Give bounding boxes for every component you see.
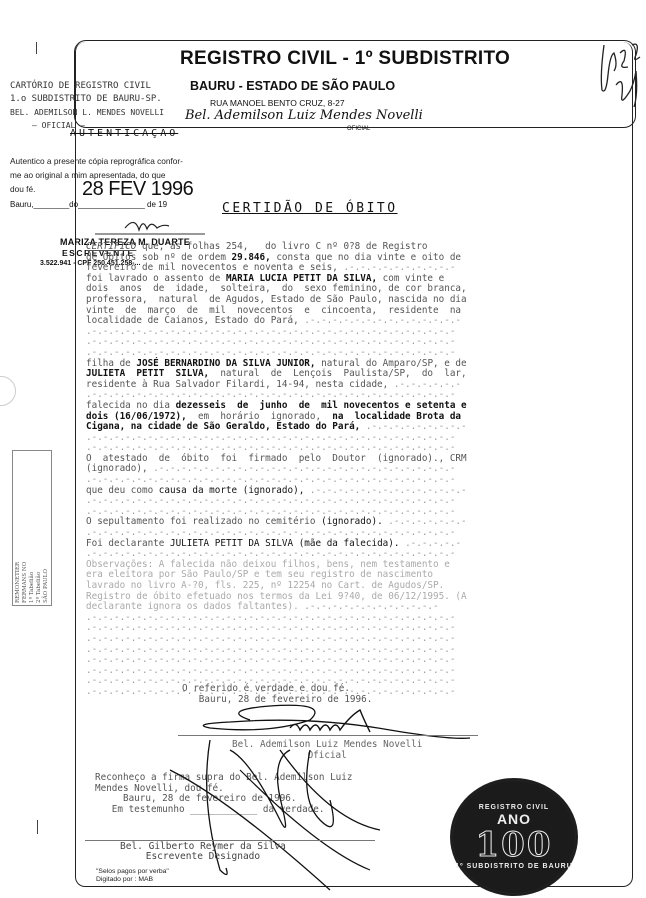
cartorio-line: BEL. ADEMILSON L. MENDES NOVELLI: [10, 106, 164, 119]
stamp-line: 2ª Tabelião: [36, 453, 43, 603]
place-date-line: Bauru,________do_______________ de 19: [10, 200, 167, 209]
text-segment: .-.-.-.-.-.-.-.-.-.-.-.-: [304, 601, 438, 612]
seal-bottom-text: 1º SUBDISTRITO DE BAURU: [455, 863, 573, 870]
text-segment: natural de Lençois Paulista/SP, do lar,: [209, 368, 466, 379]
stamp-line: REMONETIER: [15, 453, 22, 603]
text-segment: na localidade Brota da: [332, 411, 461, 422]
text-segment: JULIETA PETIT SILVA,: [86, 368, 209, 379]
text-segment: filha de: [86, 358, 136, 369]
text-segment: era eleitora por São Paulo/SP e tem seu …: [86, 569, 433, 580]
text-segment: .-.-.-.-.-.-.-.-.-.-.-.-.-.-.-.-.-.-.-.-…: [86, 644, 455, 655]
text-segment: .-.-.-.-.-.-.-.-.-.-: [343, 262, 455, 273]
notary-signature-scrawl: [170, 740, 390, 890]
text-segment: 29.846,: [232, 252, 271, 263]
text-segment: .-.-.-.-.-.-.-.-.-.-.-.-.-.-.-.-.-.-.-.-…: [86, 326, 455, 337]
text-segment: .-.-.-.-.-.-.-.-.-.-.-.-.-.-.-.-.-.-.-.-…: [86, 336, 455, 347]
text-segment: .-.-.-.-.-.-.-.-.-.-.-.-.-.-.-.-.-.-.-.-…: [86, 389, 455, 400]
text-segment: MARIA LUCIA PETIT DA SILVA,: [226, 273, 377, 284]
date-stamp: 28 FEV 1996: [82, 178, 193, 201]
text-segment: .-.-.-.-.-.-.-.-.-.-.-.-.-.-.-.-.-.-.-.-…: [86, 527, 455, 538]
text-segment: .-.-.-.-.-.-.-.-.-.-.-.-.-.-.-.-.-.-.-.-…: [86, 633, 455, 644]
text-segment: .-.-.-.-.-.-.-.-.-.-.-.-.-.-.-.-.-.-.-.-…: [86, 442, 455, 453]
text-segment: com vinte e: [377, 273, 444, 284]
text-segment: .-.-.-.-.-.-.-.-.-.-.-.-.-.-.-.-.-.-.-.-…: [86, 506, 455, 517]
registry-title: REGISTRO CIVIL - 1º SUBDISTRITO: [180, 48, 510, 70]
cartorio-line: CARTÓRIO DE REGISTRO CIVIL: [10, 80, 164, 93]
registry-location: BAURU - ESTADO DE SÃO PAULO: [190, 79, 395, 93]
text-segment: .-.-.-.-.-.-.-.-.-.-.-.-.-.-.-.-.-.-.-.-…: [153, 463, 455, 474]
margin-mark: [36, 42, 37, 54]
registry-address: RUA MANOEL BENTO CRUZ, 8-27: [210, 98, 345, 108]
text-segment: .-.-.-.-.-.-.-.-.-.-.-.-.-.-.-.-.-.-.-.-…: [86, 654, 455, 665]
text-segment: lavrado no livro A-?0, fls. 225, nº 1225…: [86, 580, 444, 591]
text-segment: vinte de março de mil novecentos e cinco…: [86, 305, 461, 316]
text-segment: JULIETA PETIT DA SILVA (mãe da falecida)…: [170, 538, 400, 549]
text-segment: fevereiro de mil novecentos e noventa e …: [86, 262, 343, 273]
footnote: "Selos pagos por verba" Digitado por : M…: [96, 868, 169, 884]
seal-top-text: REGISTRO CIVIL: [479, 804, 549, 811]
text-segment: O atestado de óbito foi firmado pelo Dou…: [86, 453, 467, 464]
text-segment: causa da morte (ignorado),: [159, 485, 305, 496]
text-segment: .-.-.-.-.-.-.-.-.-.-.-.-.-.-: [304, 485, 466, 496]
text-segment: declarante ignora os dados faltantes).: [86, 601, 304, 612]
text-segment: natural do Amparo/SP, e de: [316, 358, 467, 369]
text-segment: Foi declarante: [86, 538, 170, 549]
notary-signature-block: Bel. Gilberto Reymer da Silva Escrevente…: [120, 842, 286, 862]
text-segment: .-.-.-.-.-.-.-.-.-.-.-.-.-.-.-.-.-.-.-.-…: [86, 612, 455, 623]
text-segment: .-.-.-.-.-.-.-.-.-.-.-.-.-.-.-.-.-.-.-.-…: [86, 432, 455, 443]
cartorio-stamp: CARTÓRIO DE REGISTRO CIVIL 1.o SUBDISTRI…: [10, 80, 164, 132]
text-segment: localidade de Caianos, Estado do Pará,: [86, 315, 304, 326]
text-segment: .-.-.-.-.-.-.-.-.-.-.-.-.-.-.-.-.-.-.-.-…: [86, 347, 455, 358]
text-segment: dois anos de idade, solteira, do sexo fe…: [86, 283, 467, 294]
stamp-line: FERMANS NO: [22, 453, 29, 603]
text-segment: de Óbitos sob nº de ordem: [86, 252, 232, 263]
text-segment: .-.-.-.-.-.-.-.-.-.-.-.-.-.-: [304, 315, 461, 326]
text-segment: .-.-.-.-.-: [399, 538, 461, 549]
stamp-line: 1ª Tabelião: [29, 453, 36, 603]
text-segment: .-.-.-.-.-.-.-.-.-.-.-.-.-.-.-.-.-.-.-.-…: [86, 495, 455, 506]
text-segment: dois (16/06/1972),: [86, 411, 187, 422]
text-segment: .-.-.-.-.-.-.-.-.-.-.-.-.-.-.-.-.-.-.-.-…: [86, 665, 455, 676]
text-segment: consta que no dia vinte e oito de: [271, 252, 461, 263]
punch-hole: [0, 376, 16, 406]
text-segment: O sepultamento foi realizado no cemitéri…: [86, 516, 321, 527]
text-segment: Registro de óbito efetuado nos termos da…: [86, 591, 467, 602]
text-segment: foi lavrado o assento de: [86, 273, 226, 284]
text-segment: falecida no dia: [86, 400, 176, 411]
official-name: Bel. Ademilson Luiz Mendes Novelli: [185, 108, 423, 123]
side-fiscal-stamp: REMONETIERFERMANS NO1ª Tabelião2ª Tabeli…: [12, 450, 52, 606]
text-segment: CERTIFICO: [86, 241, 136, 252]
text-segment: (ignorado),: [86, 463, 153, 474]
text-segment: .-.-.-.-.-.-.-: [383, 516, 467, 527]
text-segment: que deu como: [86, 485, 159, 496]
certificate-body: CERTIFICO que, às folhas 254, do livro C…: [86, 242, 626, 698]
centenary-seal: REGISTRO CIVIL ANO 100 1º SUBDISTRITO DE…: [450, 778, 578, 896]
text-segment: professora, natural de Agudos, Estado de…: [86, 294, 467, 305]
text-segment: (ignorado).: [321, 516, 383, 527]
text-segment: JOSÉ BERNARDINO DA SILVA JUNIOR,: [136, 358, 315, 369]
signature-line: [178, 735, 478, 736]
text-segment: .-.-.-.-.-.-: [394, 379, 461, 390]
cartorio-line: 1.o SUBDISTRITO DE BAURU-SP.: [10, 93, 164, 106]
text-segment: .-.-.-.-.-.-.-.-.-.-.-.-.-.-.-.-.-.-.-.-…: [86, 548, 455, 559]
text-segment: residente à Rua Salvador Filardi, 14-94,…: [86, 379, 394, 390]
text-segment: .-.-.-.-.-.-.-.-.-.-.-.-.-.-.-.-.-.-.-.-…: [86, 474, 455, 485]
margin-mark: [37, 820, 38, 834]
text-segment: que, às folhas 254, do livro C nº 0?8 de…: [136, 241, 427, 252]
text-segment: dezesseis de junho de mil novecentos e s…: [176, 400, 467, 411]
seal-number: 100: [476, 827, 553, 863]
authentication-heading: AUTENTICAÇÃO: [70, 128, 178, 139]
text-segment: Observações: A falecida não deixou filho…: [86, 559, 450, 570]
stamp-line: SÃO PAULO: [43, 453, 50, 603]
text-segment: .-.-.-.-.-.-.-.-.-.-.-.-.-.-.-.-.-.-.-.-…: [86, 622, 455, 633]
text-segment: .-.-.-.-.-.-.-.-.-: [360, 421, 466, 432]
text-segment: Cigana, na cidade de São Geraldo, Estado…: [86, 421, 360, 432]
official-title: OFICIAL: [347, 126, 370, 132]
certificate-title: CERTIDÃO DE ÓBITO: [222, 201, 398, 216]
handwritten-initials: [594, 35, 644, 105]
authentication-line: Autentico a presente cópia reprográfica …: [10, 154, 183, 168]
text-segment: em horário ignorado,: [187, 411, 333, 422]
clerk-signature: [95, 214, 215, 236]
